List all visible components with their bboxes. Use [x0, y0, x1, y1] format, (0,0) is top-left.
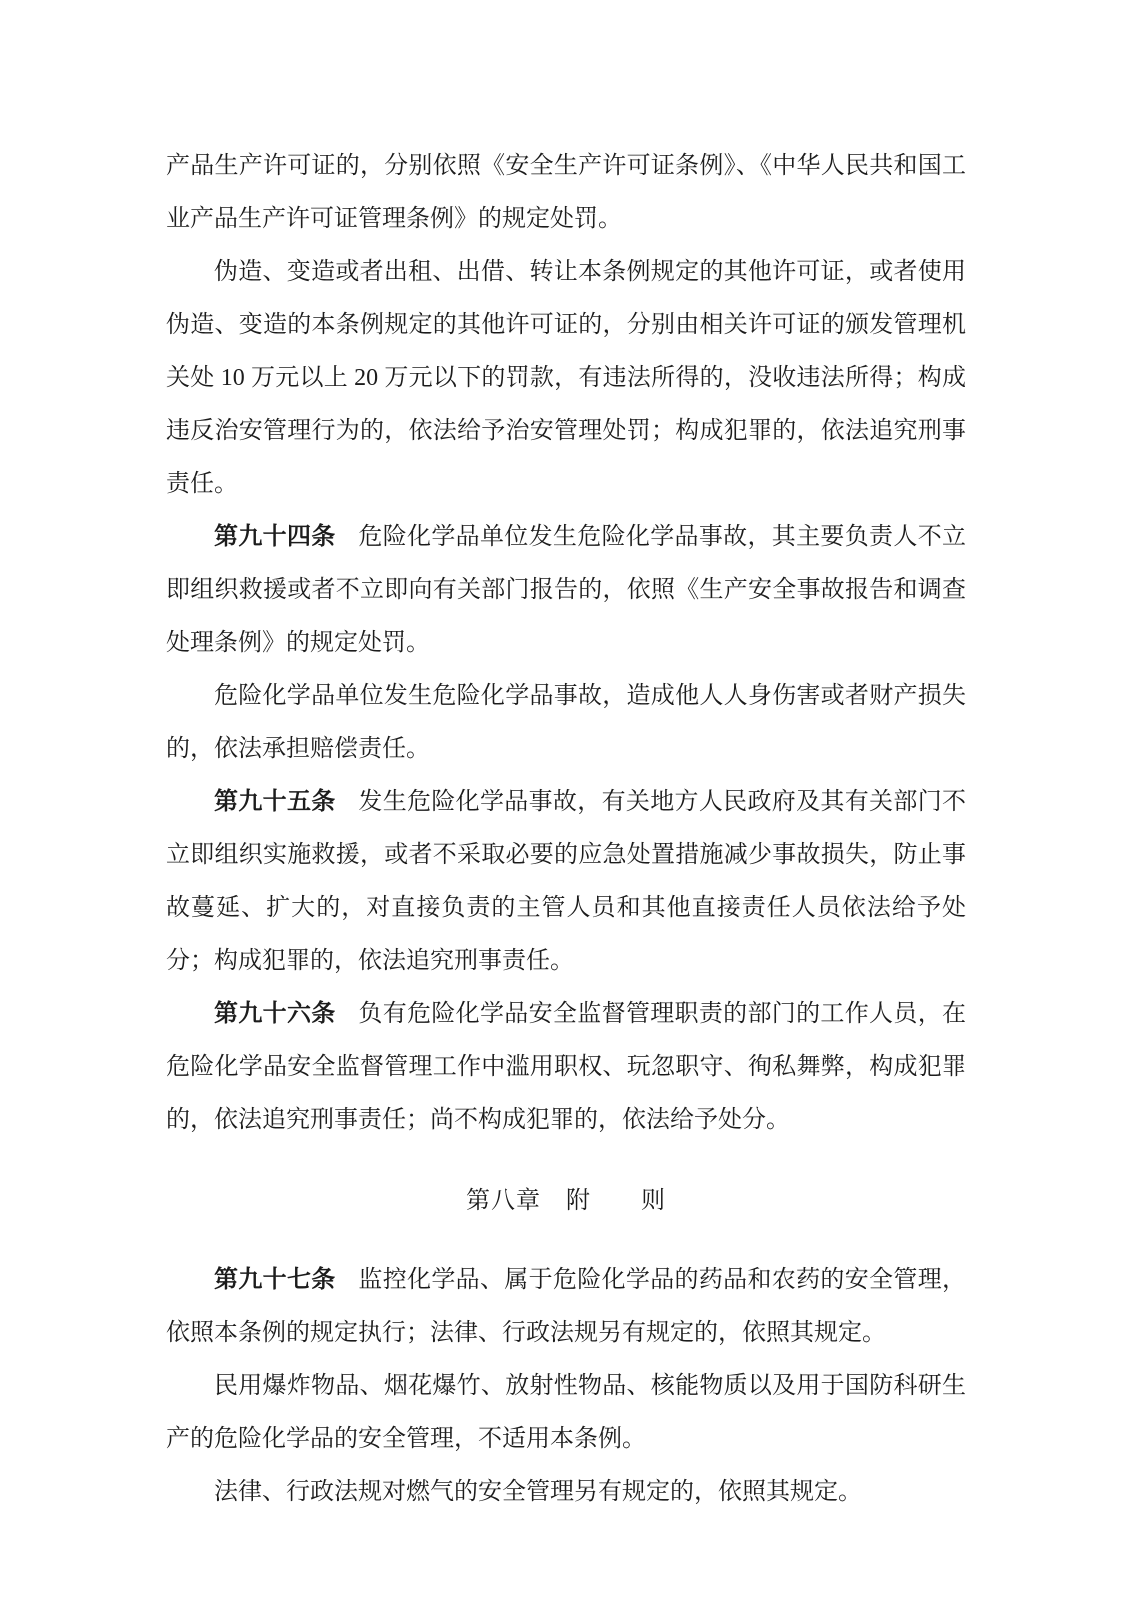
paragraph-text: 民用爆炸物品、烟花爆竹、放射性物品、核能物质以及用于国防科研生产的危险化学品的安…	[166, 1373, 966, 1452]
paragraph-text: 伪造、变造或者出租、出借、转让本条例规定的其他许可证，或者使用伪造、变造的本条例…	[166, 259, 966, 497]
article-number: 第九十七条	[214, 1267, 336, 1293]
article-paragraph: 第九十六条负有危险化学品安全监督管理职责的部门的工作人员，在危险化学品安全监督管…	[166, 988, 966, 1147]
document-body: 产品生产许可证的，分别依照《安全生产许可证条例》、《中华人民共和国工业产品生产许…	[166, 140, 966, 1519]
article-paragraph: 第九十七条监控化学品、属于危险化学品的药品和农药的安全管理，依照本条例的规定执行…	[166, 1254, 966, 1360]
document-page: 产品生产许可证的，分别依照《安全生产许可证条例》、《中华人民共和国工业产品生产许…	[0, 0, 1132, 1600]
body-paragraph: 产品生产许可证的，分别依照《安全生产许可证条例》、《中华人民共和国工业产品生产许…	[166, 140, 966, 246]
body-paragraph: 法律、行政法规对燃气的安全管理另有规定的，依照其规定。	[166, 1466, 966, 1519]
body-paragraph: 伪造、变造或者出租、出借、转让本条例规定的其他许可证，或者使用伪造、变造的本条例…	[166, 246, 966, 511]
body-paragraph: 危险化学品单位发生危险化学品事故，造成他人人身伤害或者财产损失的，依法承担赔偿责…	[166, 670, 966, 776]
article-number: 第九十四条	[214, 524, 336, 550]
paragraph-text: 产品生产许可证的，分别依照《安全生产许可证条例》、《中华人民共和国工业产品生产许…	[166, 153, 966, 232]
chapter-heading: 第八章 附 则	[166, 1175, 966, 1228]
article-paragraph: 第九十四条危险化学品单位发生危险化学品事故，其主要负责人不立即组织救援或者不立即…	[166, 511, 966, 670]
article-paragraph: 第九十五条发生危险化学品事故，有关地方人民政府及其有关部门不立即组织实施救援，或…	[166, 776, 966, 988]
paragraph-text: 危险化学品单位发生危险化学品事故，造成他人人身伤害或者财产损失的，依法承担赔偿责…	[166, 683, 966, 762]
article-number: 第九十五条	[214, 789, 336, 815]
body-paragraph: 民用爆炸物品、烟花爆竹、放射性物品、核能物质以及用于国防科研生产的危险化学品的安…	[166, 1360, 966, 1466]
paragraph-text: 法律、行政法规对燃气的安全管理另有规定的，依照其规定。	[214, 1479, 862, 1505]
article-number: 第九十六条	[214, 1001, 336, 1027]
paragraph-text: 发生危险化学品事故，有关地方人民政府及其有关部门不立即组织实施救援，或者不采取必…	[166, 789, 966, 974]
